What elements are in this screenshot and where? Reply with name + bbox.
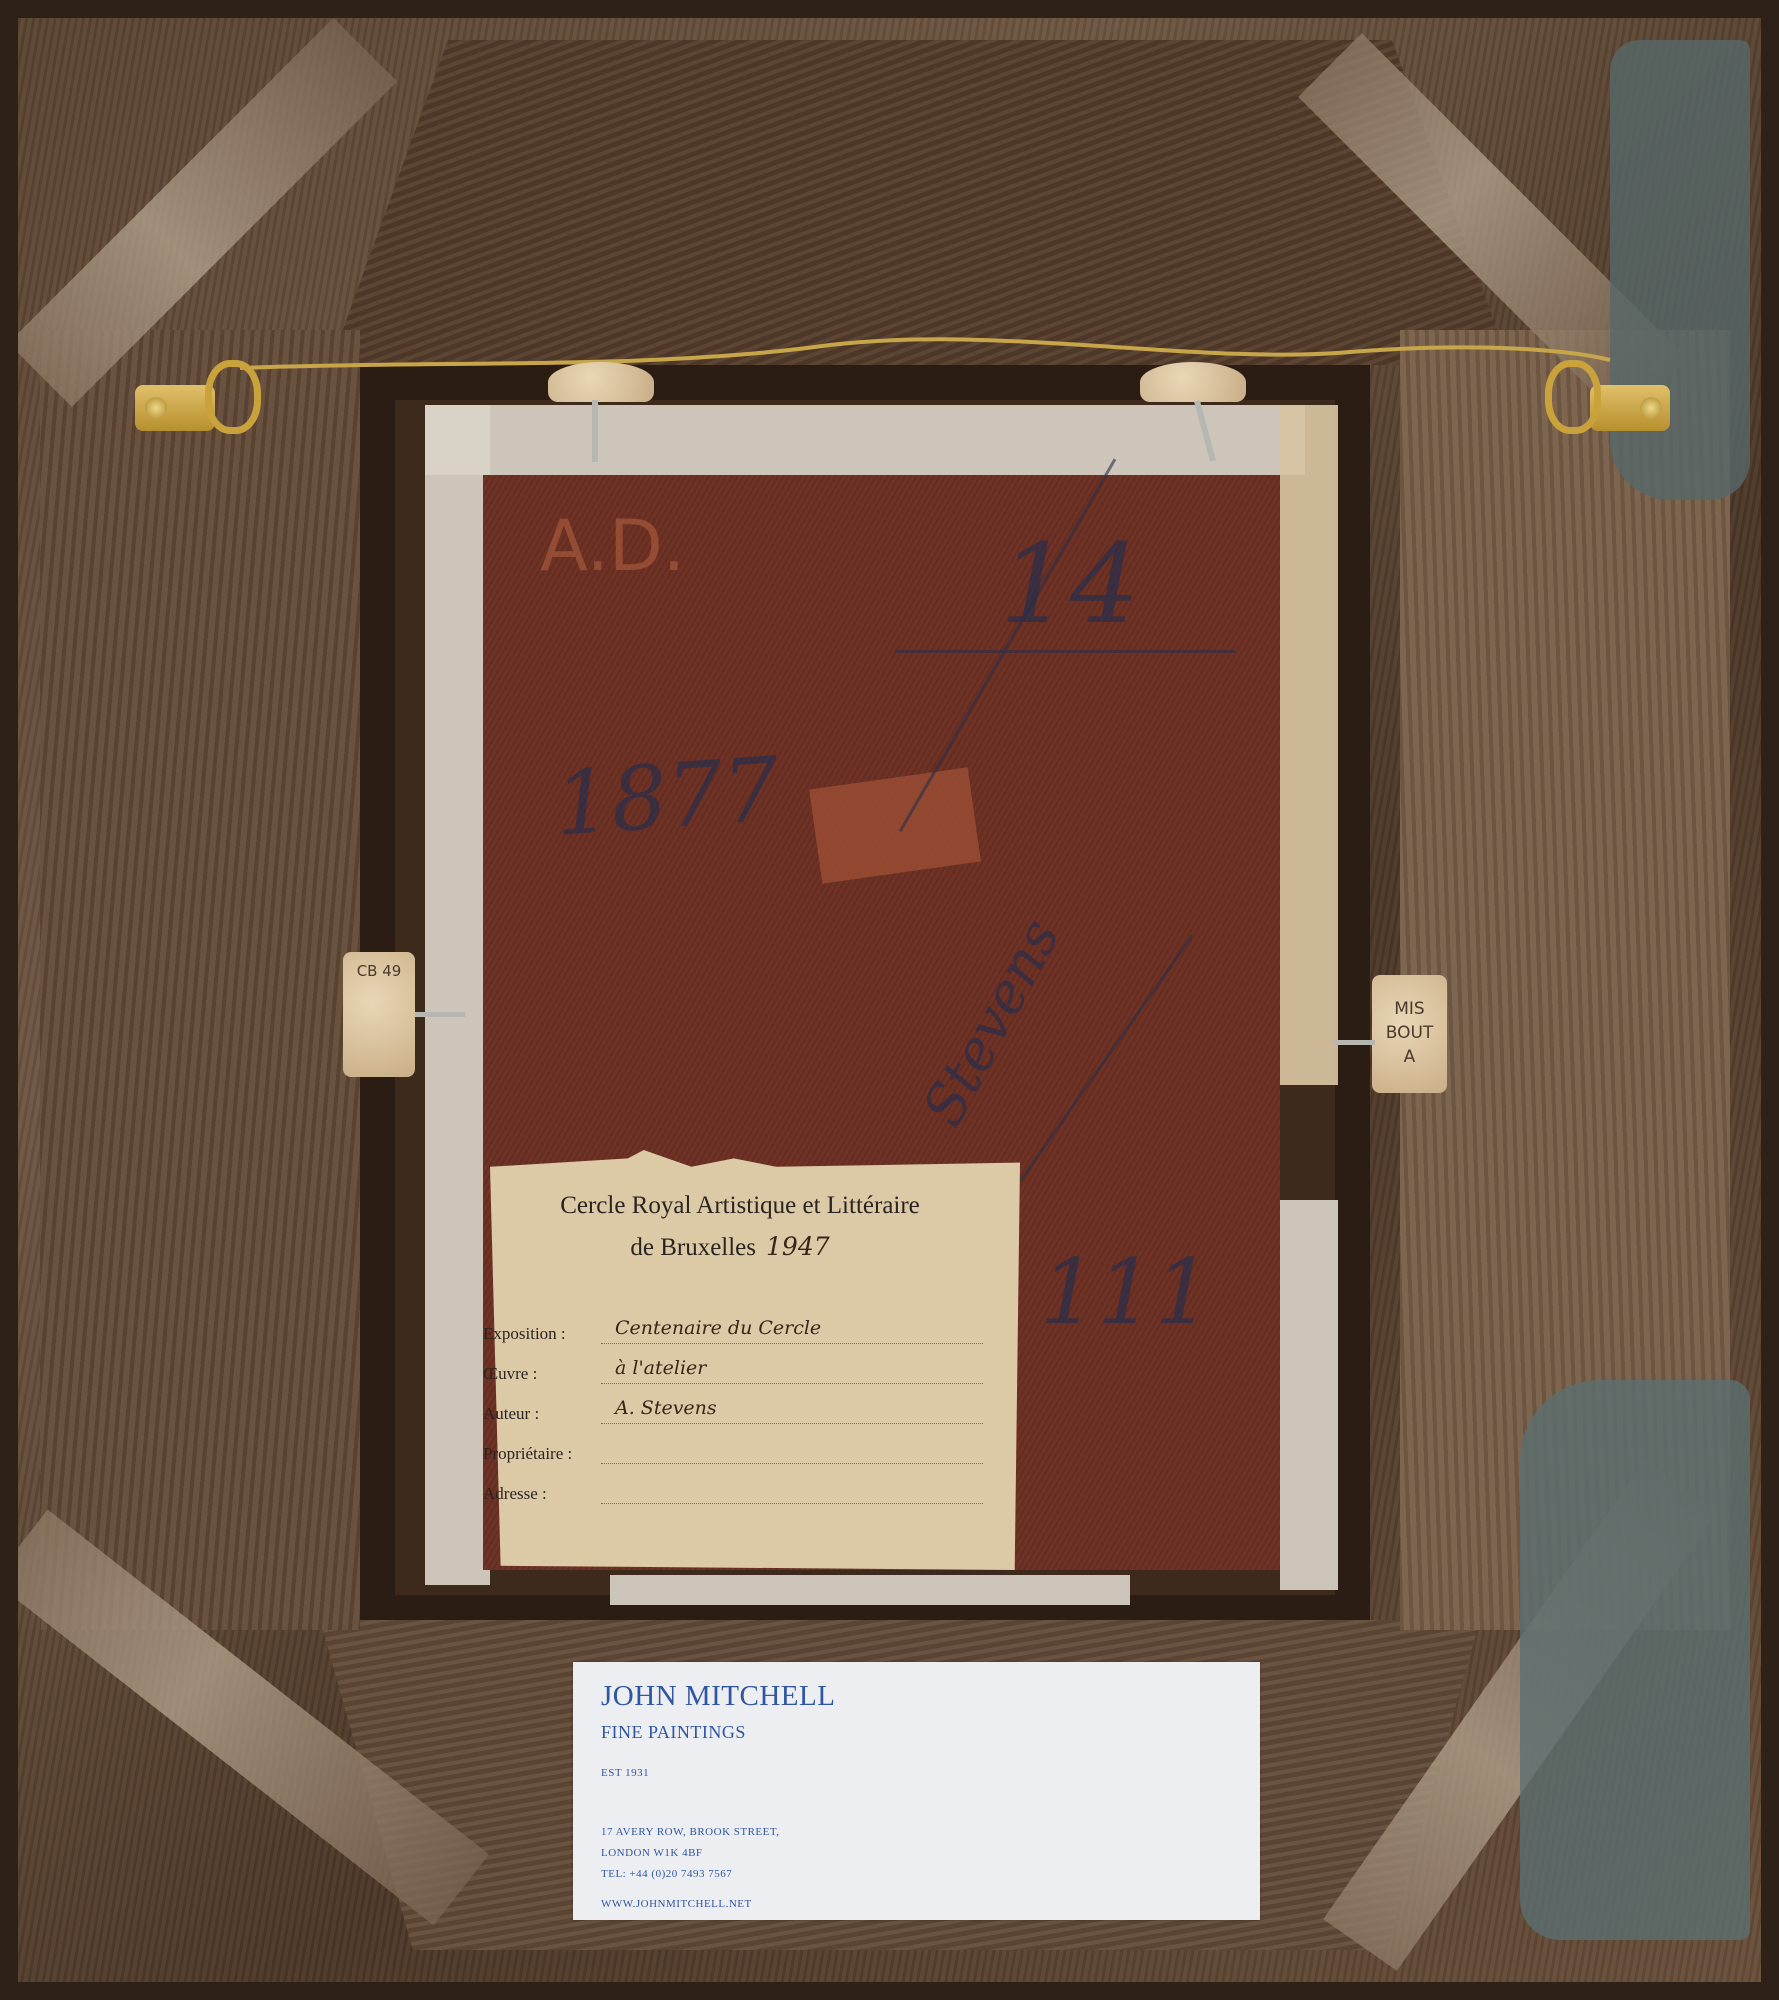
dealer-address-1: 17 AVERY ROW, BROOK STREET,	[601, 1826, 780, 1838]
pencil-underline	[895, 650, 1235, 653]
label-field-proprietaire: Propriétaire :	[483, 1430, 983, 1464]
pencil-year: 1877	[552, 737, 783, 855]
dealer-established: EST 1931	[601, 1767, 649, 1779]
screw-icon-left	[145, 397, 167, 419]
label-key: Propriétaire :	[483, 1444, 601, 1464]
label-field-oeuvre: Œuvre : à l'atelier	[483, 1350, 983, 1384]
label-value	[601, 1477, 983, 1504]
label-key: Auteur :	[483, 1404, 601, 1424]
label-field-exposition: Exposition : Centenaire du Cercle	[483, 1310, 983, 1344]
tape-strip-right-lower	[1280, 1200, 1338, 1590]
screw-icon-right	[1640, 397, 1662, 419]
pencil-number-lower: 111	[1040, 1240, 1212, 1345]
nail-top-left	[592, 400, 598, 462]
label-value: A. Stevens	[601, 1397, 983, 1424]
cork-right-text-3: A	[1372, 1045, 1447, 1069]
d-ring-left	[205, 360, 261, 434]
cork-spacer-top-right	[1140, 362, 1246, 402]
label-key: Œuvre :	[483, 1364, 601, 1384]
nail-right	[1333, 1040, 1375, 1045]
dealer-address-2: LONDON W1K 4BF	[601, 1847, 703, 1859]
label-key: Adresse :	[483, 1484, 601, 1504]
label-field-auteur: Auteur : A. Stevens	[483, 1390, 983, 1424]
exhibition-label-subtitle: de Bruxelles1947	[480, 1232, 980, 1262]
cork-spacer-left: CB 49	[343, 952, 415, 1077]
hanging-wire	[150, 330, 1630, 390]
label-value	[601, 1437, 983, 1464]
dealer-subtitle: FINE PAINTINGS	[601, 1722, 746, 1743]
nail-left	[415, 1012, 465, 1017]
dealer-name: JOHN MITCHELL	[601, 1680, 835, 1713]
cork-right-text-2: BOUT	[1372, 1021, 1447, 1045]
dealer-website: WWW.JOHNMITCHELL.NET	[601, 1898, 752, 1910]
exhibition-label-city: de Bruxelles	[630, 1234, 756, 1261]
tape-strip-left	[425, 405, 490, 1585]
dealer-label: JOHN MITCHELL FINE PAINTINGS EST 1931 17…	[573, 1662, 1260, 1920]
label-value: Centenaire du Cercle	[601, 1317, 983, 1344]
label-field-adresse: Adresse :	[483, 1470, 983, 1504]
tape-strip-bottom	[610, 1575, 1130, 1605]
tape-strip-right-upper	[1280, 405, 1338, 1085]
exhibition-label-year: 1947	[766, 1232, 830, 1261]
dealer-telephone: TEL: +44 (0)20 7493 7567	[601, 1868, 732, 1880]
chalk-mark: A.D.	[540, 505, 685, 587]
exhibition-label-title: Cercle Royal Artistique et Littéraire	[480, 1192, 1000, 1220]
label-key: Exposition :	[483, 1324, 601, 1344]
cork-spacer-top-left	[548, 362, 654, 402]
cork-left-text: CB 49	[357, 962, 402, 980]
label-value: à l'atelier	[601, 1357, 983, 1384]
cork-right-text-1: MIS	[1372, 997, 1447, 1021]
tape-strip-top	[425, 405, 1305, 475]
cork-spacer-right: MIS BOUT A	[1372, 975, 1447, 1093]
d-ring-right	[1545, 360, 1601, 434]
